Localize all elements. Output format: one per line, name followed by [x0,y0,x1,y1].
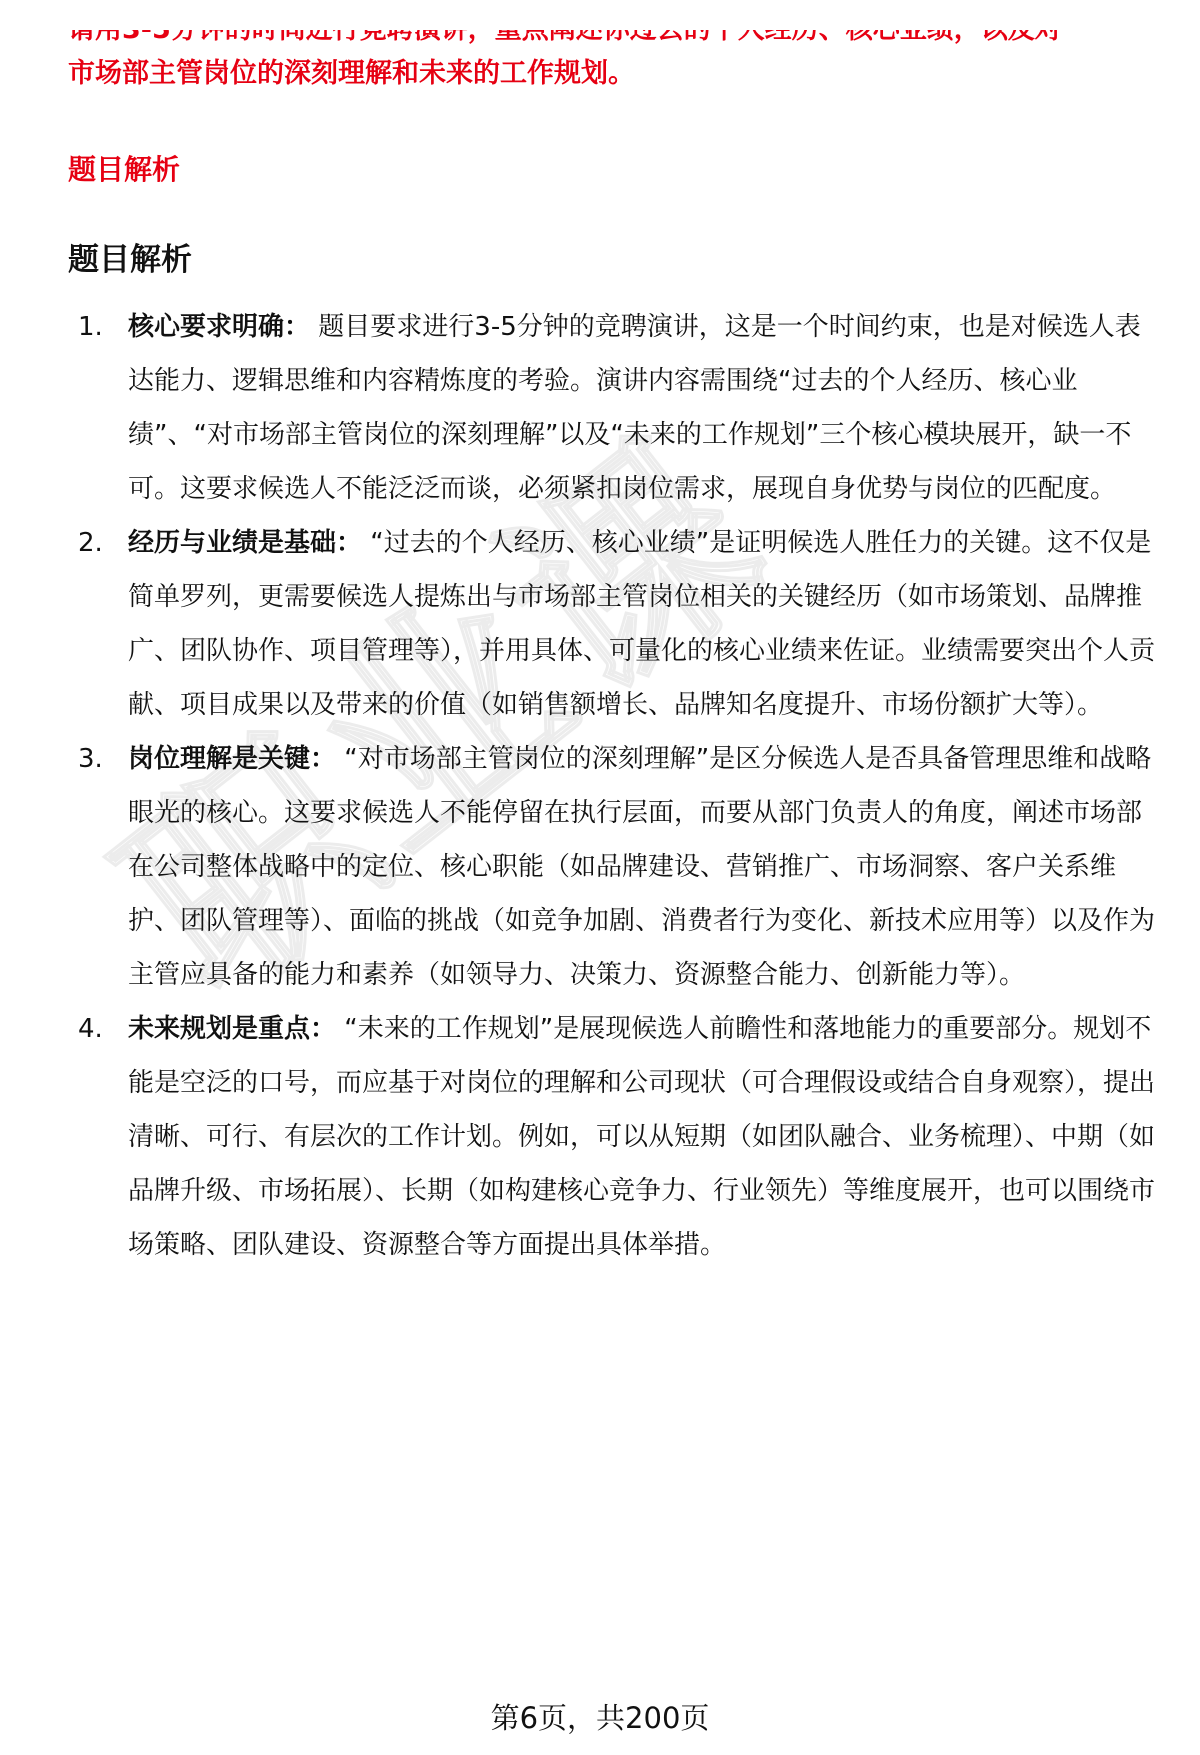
question-line-1: 请用3-5分钟的时间进行竞聘演讲，重点阐述你过去的个人经历、核心业绩，以及对 [68,30,1148,52]
section-heading: 题目解析 [68,238,192,282]
item-lead: 核心要求明确： [128,312,310,342]
item-number: 2. [78,516,103,570]
item-lead: 经历与业绩是基础： [128,528,362,558]
item-lead: 未来规划是重点： [128,1014,336,1044]
list-item: 4. 未来规划是重点： “未来的工作规划”是展现候选人前瞻性和落地能力的重要部分… [68,1002,1158,1272]
list-item: 2. 经历与业绩是基础： “过去的个人经历、核心业绩”是证明候选人胜任力的关键。… [68,516,1158,732]
page-number: 第6页，共200页 [0,1698,1200,1738]
red-heading: 题目解析 [68,150,180,190]
item-lead: 岗位理解是关键： [128,744,336,774]
question-text: 请用3-5分钟的时间进行竞聘演讲，重点阐述你过去的个人经历、核心业绩，以及对 市… [68,30,1148,96]
item-number: 3. [78,732,103,786]
list-item: 3. 岗位理解是关键： “对市场部主管岗位的深刻理解”是区分候选人是否具备管理思… [68,732,1158,1002]
item-text: “对市场部主管岗位的深刻理解”是区分候选人是否具备管理思维和战略眼光的核心。这要… [128,744,1155,990]
item-number: 4. [78,1002,103,1056]
item-number: 1. [78,300,103,354]
list-item: 1. 核心要求明确： 题目要求进行3-5分钟的竞聘演讲，这是一个时间约束，也是对… [68,300,1158,516]
question-line-2: 市场部主管岗位的深刻理解和未来的工作规划。 [68,58,635,89]
analysis-list: 1. 核心要求明确： 题目要求进行3-5分钟的竞聘演讲，这是一个时间约束，也是对… [68,300,1158,1272]
item-text: “未来的工作规划”是展现候选人前瞻性和落地能力的重要部分。规划不能是空泛的口号，… [128,1014,1155,1260]
question-line-clipped: 请用3-5分钟的时间进行竞聘演讲，重点阐述你过去的个人经历、核心业绩，以及对 [68,30,1148,52]
document-page: 职业课 请用3-5分钟的时间进行竞聘演讲，重点阐述你过去的个人经历、核心业绩，以… [0,0,1200,1755]
